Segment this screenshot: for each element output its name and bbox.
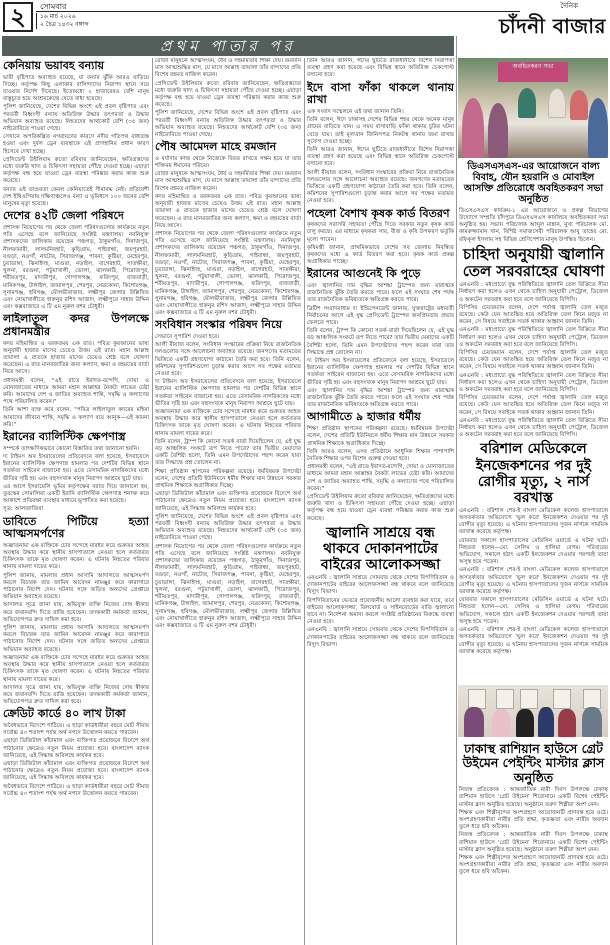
article-paragraph: দ্য টাইমস অব ইসরায়েলের প্রতিবেদনে বলা হ… — [307, 358, 454, 387]
article-paragraph: এছাড়া ডিজিটাল কাঁচামাল এবং ব্যক্তিগত প্… — [3, 738, 149, 760]
article-paragraph: এছাড়া ডিজিটাল কাঁচামাল এবং ব্যক্তিগত প্… — [155, 491, 301, 513]
article-paragraph: অবৈধভাবে বিদেশে পাঠিয়ে। এ ছাড়া কার্ডধা… — [3, 784, 149, 798]
article-headline: ডিএসএসএস-এর আয়োজনে বাল্য বিবাহ, যৌন হয়… — [459, 162, 608, 206]
article-headline: পৌষ আমেদল মাহে রমজান — [155, 141, 301, 154]
column-1: কেনিয়ায় ভয়াবহ বন্যায় ভারী বৃষ্টিপাত … — [3, 58, 149, 943]
article-paragraph: প্রেসিডেন্ট উইলিয়াম রুতো রবিবার জানিয়ে… — [307, 494, 454, 523]
article-paragraph: বন্যার এই তাণ্ডবতা কেবল কেনিয়াতেই সীমাব… — [3, 187, 149, 209]
article-headline: ঢাকাস্থ রাশিয়ান হাউসে গ্রেট উইমেন পেইন্… — [459, 742, 608, 785]
article-paragraph: পুলিশ জানিয়েছে, দেশের বিভিন্ন অংশে এই প… — [3, 104, 149, 133]
article-paragraph: এনএনবি : জ্বালানি সাশ্রয়ে সোমবার থেকে দ… — [307, 575, 454, 597]
article-paragraph: তিনি আরও জানান, ঈদের ছুটিতে রাজধানীতে বি… — [307, 147, 454, 169]
article-paragraph: কদর মহিমান্বিত ও বরকতময় এক রাত। পবিত্র … — [155, 194, 301, 230]
painting-canvas — [553, 689, 571, 709]
photo-sign: অবহিতকরণ সভা — [498, 62, 568, 82]
article-paragraph: ব্রিটিশ সংবাদমাধ্যম দ্য ইন্ডিপেনডেন্ট জা… — [307, 306, 454, 328]
article-paragraph: প্রেসিডেন্ট উইলিয়াম রুতো রবিবার জানিয়ে… — [3, 157, 149, 186]
article-paragraph: নিজস্ব প্রতিবেদক : আন্তর্জাতিক নারী দিবস… — [459, 832, 608, 854]
person-figure — [558, 709, 576, 737]
article-paragraph: ভারী বৃষ্টিপাত অব্যাহত রয়েছে, যা বন্যার… — [3, 75, 149, 104]
date-gregorian: ১৬ মার্চ ২০২৬ — [40, 13, 89, 21]
newspaper-logo: দৈনিক চাঁদনী বাজার — [499, 0, 606, 45]
article-paragraph: বিপিসির চেয়ারম্যান বলেন, দেশে পর্যাপ্ত … — [459, 350, 608, 372]
article-paragraph: আলী রীয়াজ বলেন, সংবিধান সংস্কারের প্রক্… — [307, 170, 454, 206]
article-paragraph: অজ্ঞাতনামা এক ব্যক্তিকে চোর সন্দেহে মারধ… — [3, 655, 149, 684]
column-divider — [152, 58, 153, 945]
article-headline: ক্রেডিট কার্ডে ৪০ লাখ টাকা — [3, 708, 149, 721]
article-paragraph: এনএনবি : মধ্যপ্রাচ্যে যুদ্ধ পরিস্থিতিতে … — [459, 418, 608, 440]
article-paragraph: অজ্ঞাতনামা এক ব্যক্তিকে চোর সন্দেহে মারধ… — [155, 409, 301, 438]
article-paragraph: কৃষকদের সরাসরি সহায়তা পৌঁছে দিতে সরকার … — [307, 222, 454, 244]
article-paragraph: শিক্ষক এবং শিল্পীবৃন্দের অংশগ্রহণে আয়োজ… — [459, 855, 608, 877]
brand-prefix: দৈনিক — [499, 0, 578, 12]
article-headline: চাহিদা অনুযায়ী জ্বালানি তেল সরবরাহের ঘো… — [459, 246, 608, 281]
article-paragraph: পুলিশ জানিয়েছে, দেশের বিভিন্ন অংশে এই প… — [155, 514, 301, 543]
article-paragraph: আদালত সূত্রে জানা যায়, অভিযুক্ত ব্যক্তি… — [3, 602, 149, 624]
article-paragraph: এক সংবাদ সম্মেলনে এই তথ্য জানান তিনি। — [307, 109, 454, 116]
article-paragraph: এনএনবি : বরিশাল শের-ই বাংলা মেডিকেল কলেজ… — [459, 508, 608, 537]
article-paragraph: সূত্র: আলজাজিরা — [3, 506, 149, 513]
column-divider — [456, 36, 457, 945]
column-3: তিনি আরও জানান, ঈদের ছুটিতে রাজধানীতে বি… — [307, 58, 454, 943]
person-figure — [464, 707, 484, 737]
painting-canvas — [468, 689, 486, 709]
article-headline: জ্বালানি সাশ্রয়ে বন্ধ থাকবে দোকানপাটের … — [307, 525, 454, 573]
article-paragraph: পুলিশ জানায়, মামলার প্রধান আসামি আদালতে… — [3, 573, 149, 602]
article-paragraph: প্রেসিডেন্ট উইলিয়াম রুতো রবিবার জানিয়ে… — [155, 81, 301, 110]
painting-canvas — [583, 689, 601, 709]
article-paragraph: প্রধানমন্ত্রী বলেন, "এই রাতে ইবাদত-বন্দে… — [307, 464, 454, 493]
article-paragraph: রোজা মানুষকে আত্মসংযম, ধৈর্য ও সহমর্মিতা… — [155, 58, 301, 80]
article-paragraph: দ্য টাইমস অব ইসরায়েলের প্রতিবেদনে বলা হ… — [155, 379, 301, 408]
article-paragraph: অবৈধভাবে বিদেশে পাঠিয়ে। এ ছাড়া কার্ডধা… — [3, 723, 149, 737]
section-banner: প্রথম পাতার পর — [2, 36, 454, 56]
article-paragraph: তিনি আরও বলেন, এসব প্রতিষ্ঠানে আধুনিক শি… — [307, 449, 454, 463]
article-paragraph: রোববার সকালে হাসপাতালের মেডিসিন ওয়ার্ডে… — [459, 597, 608, 626]
person-figure — [582, 707, 602, 737]
painting-class-photo — [458, 685, 608, 737]
article-headline: সংবিধান সংস্কার পরিষদ নিয়ে — [155, 319, 301, 332]
article-paragraph: প্রশাসক নিয়োগের পর থেকে জেলা পরিষদগুলোর… — [3, 225, 149, 311]
article-paragraph: এনএনবি : বরিশাল শের-ই বাংলা মেডিকেল কলেজ… — [459, 627, 608, 656]
brand-name: চাঁদনী বাজার — [499, 14, 606, 38]
article-headline: ইরানের ব্যালিস্টিক ক্ষেপণাস্ত্র — [3, 431, 149, 444]
article-paragraph: বিপণিবিতানের ভেতরে প্রয়োজনীয় আলো ব্যবহ… — [307, 598, 454, 627]
article-paragraph: বিপিসির চেয়ারম্যান বলেন, দেশে পর্যাপ্ত … — [459, 305, 608, 327]
person-figure — [570, 90, 588, 120]
article-headline: ডাবিতে পিটিয়ে হত্যা আত্মসমর্পণের — [3, 516, 149, 541]
person-figure — [492, 709, 510, 737]
article-paragraph: এর আগে ইসরায়েলি ভূমির কর্তৃপক্ষের বরাত … — [3, 484, 149, 506]
column-4: ডিএসএসএস-এর আয়োজনে বাল্য বিবাহ, যৌন হয়… — [459, 160, 608, 683]
column-divider — [304, 58, 305, 945]
article-paragraph: সেভাবে সুপারিশ দেওয়া হবে। — [155, 334, 301, 341]
article-paragraph: সম্পর্কে তাৎক্ষণিকভাবে কোনো বিস্তারিত তথ… — [3, 446, 149, 453]
article-paragraph: ও মর্যাদার কাজ থেকে নিজেকে বিরত রাখতে সক… — [155, 156, 301, 170]
person-figure — [588, 98, 608, 158]
article-paragraph: কদর মহিমান্বিত ও বরকতময় এক রাত। পবিত্র … — [3, 341, 149, 377]
article-headline: দেশের ৪২টি জেলা পরিষদে — [3, 210, 149, 223]
article-paragraph: তিনি বলেন, ট্রাম্প কি কোনো সতর্ক বার্তা … — [307, 328, 454, 357]
person-figure — [538, 707, 554, 737]
article-paragraph: শিক্ষা প্রতিষ্ঠান স্থাপনের পরিকল্পনা রয়… — [155, 469, 301, 491]
article-paragraph: পুলিশ জানায়, মামলার প্রধান আসামি আদালতে… — [3, 625, 149, 654]
article-paragraph: পুলিশ জানিয়েছে, দেশের বিভিন্ন অংশে এই প… — [155, 110, 301, 139]
person-figure — [516, 709, 534, 737]
date-bengali: ২ চৈত্র ১৪৩২ বঙ্গাব্দ — [40, 21, 89, 29]
article-paragraph: প্রশাসক নিয়োগের পর থেকে জেলা পরিষদগুলোর… — [155, 231, 301, 317]
article-paragraph: তিনি বলেন, ট্রাম্প কি কোনো সতর্ক বার্তা … — [155, 439, 301, 468]
painting-canvas — [520, 689, 538, 709]
article-paragraph: রোববার সকালে হাসপাতালের মেডিসিন ওয়ার্ডে… — [459, 538, 608, 567]
article-headline: আগামীতে ৯ হাজার ধর্মীয় — [307, 411, 454, 424]
person-figure — [488, 103, 508, 158]
article-paragraph: শিক্ষা প্রতিষ্ঠান স্থাপনের পরিকল্পনা রয়… — [307, 426, 454, 448]
article-paragraph: প্রধানমন্ত্রী বলেন, "এই রাতে ইবাদত-বন্দে… — [3, 378, 149, 407]
article-paragraph: প্রশাসক নিয়োগের পর থেকে জেলা পরিষদগুলোর… — [155, 544, 301, 630]
meeting-photo: অবহিতকরণ সভা — [458, 58, 608, 158]
article-paragraph: সেখানে অপরিকল্পিত নগরায়ণের কারণে নদীর গ… — [3, 134, 149, 156]
article-paragraph: এবং জ্বালানির দাম বৃদ্ধির আশঙ্কা ট্রাম্প… — [307, 283, 454, 305]
article-paragraph: কৃষিমন্ত্রী জানান, প্রাথমিকভাবে দেশের সব… — [307, 245, 454, 267]
column-4-bottom: ঢাকাস্থ রাশিয়ান হাউসে গ্রেট উইমেন পেইন্… — [459, 740, 608, 943]
date-block: ১৬ মার্চ ২০২৬ ২ চৈত্র ১৪৩২ বঙ্গাব্দ — [36, 13, 89, 29]
column-2: রোজা মানুষকে আত্মসংযম, ধৈর্য ও সহমর্মিতা… — [155, 58, 301, 943]
header-rule — [36, 11, 520, 12]
article-paragraph: ডিএসএসএস কার্যক্রম-১ এর আয়োজনে ও প্রকল্… — [459, 208, 608, 244]
masthead: ২ সোমবার ১৬ মার্চ ২০২৬ ২ চৈত্র ১৪৩২ বঙ্গ… — [0, 0, 610, 34]
article-paragraph: রোজা মানুষকে আত্মসংযম, ধৈর্য ও সহমর্মিতা… — [155, 171, 301, 193]
article-paragraph: তিনি আশা ব্যক্ত করে বলেন, "পবিত্র লাইলাত… — [3, 407, 149, 429]
article-paragraph: নিজস্ব প্রতিবেদক : আন্তর্জাতিক নারী দিবস… — [459, 787, 608, 809]
article-paragraph: এনএনবি : মধ্যপ্রাচ্যে যুদ্ধ পরিস্থিতিতে … — [459, 327, 608, 349]
page-number: ২ — [3, 2, 33, 32]
person-figure — [462, 98, 484, 158]
article-paragraph: এছাড়া ডিজিটাল কাঁচামাল এবং ব্যক্তিগত প্… — [3, 761, 149, 783]
person-figure — [518, 88, 536, 118]
article-headline: বরিশাল মেডিকেলে ইনজেকশনের পর দুই রোগীর ম… — [459, 441, 608, 505]
article-paragraph: শিক্ষক এবং শিল্পীবৃন্দের অংশগ্রহণে আয়োজ… — [459, 810, 608, 832]
article-paragraph: তিনি আরও জানান, ঈদের ছুটিতে রাজধানীতে বি… — [307, 58, 454, 80]
article-paragraph: এবং জ্বালানির দাম বৃদ্ধির আশঙ্কা ট্রাম্প… — [307, 388, 454, 410]
article-headline: লাইলাতুল কদর উপলক্ষে প্রধানমন্ত্রীর — [3, 313, 149, 338]
article-headline: কেনিয়ায় ভয়াবহ বন্যায় — [3, 60, 149, 73]
article-headline: পহেলা বৈশাখ কৃষক কার্ড বিতরণ — [307, 208, 454, 221]
article-headline: ইদে বাসা ফাঁকা থাকলে থানায় রাখা — [307, 82, 454, 107]
article-paragraph: এনএনবি : জ্বালানি সাশ্রয়ে সোমবার থেকে দ… — [307, 627, 454, 649]
article-paragraph: বিপিসির চেয়ারম্যান বলেন, দেশে পর্যাপ্ত … — [459, 395, 608, 417]
article-paragraph: এনএনবি : বরিশাল শের-ই বাংলা মেডিকেল কলেজ… — [459, 567, 608, 596]
article-paragraph: তিনি বলেন, ঈদে ঢাকাসহ দেশের বিভিন্ন শহর … — [307, 117, 454, 146]
article-paragraph: এনএনবি : মধ্যপ্রাচ্যে যুদ্ধ পরিস্থিতিতে … — [459, 373, 608, 395]
article-paragraph: অজ্ঞাতনামা এক ব্যক্তিকে চোর সন্দেহে মারধ… — [3, 543, 149, 572]
article-headline: ইরানের আগুনেই কি পুড়ে — [307, 268, 454, 281]
article-paragraph: এনএনবি : মধ্যপ্রাচ্যে যুদ্ধ পরিস্থিতিতে … — [459, 282, 608, 304]
article-paragraph: আলী রীয়াজ বলেন, সংবিধান সংস্কারের প্রক্… — [155, 342, 301, 378]
article-paragraph: দ্য টাইমস অব ইসরায়েলের প্রতিবেদনে বলা হ… — [3, 454, 149, 483]
article-paragraph: আদালত সূত্রে জানা যায়, অভিযুক্ত ব্যক্তি… — [3, 685, 149, 707]
person-figure — [548, 88, 566, 118]
painting-canvas — [496, 689, 514, 709]
